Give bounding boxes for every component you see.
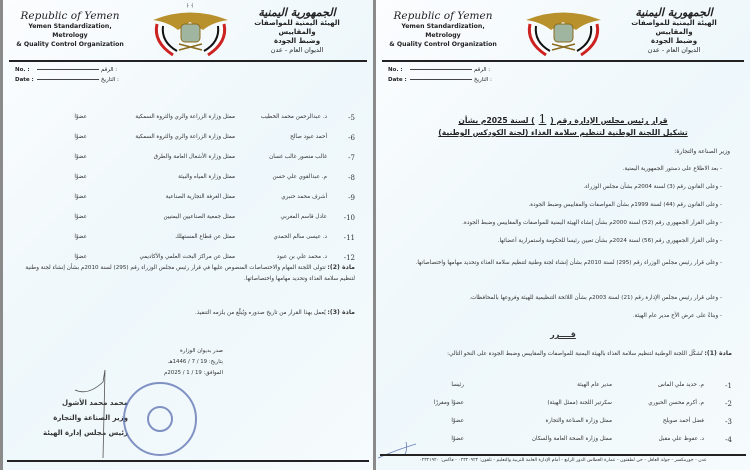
official-stamp [123,382,197,456]
preamble-item: وعلى القرار الجمهوري رقم (52) لسنة 2000م… [462,219,722,227]
decision-number: 1 [535,112,551,126]
svg-text:﴿ ﴾: ﴿ ﴾ [186,3,194,9]
document-page-2: Republic of Yemen Yemen Standardization,… [3,0,373,470]
preamble-item: وعلى القانون رقم (3) لسنة 2004م بشأن مجل… [583,183,722,191]
footer-divider [7,460,369,462]
header-divider [9,60,367,62]
org-name-en-2: & Quality Control Organization [15,40,125,49]
member-row: 7-غالب منصور غالب غسانممثل وزارة الأشغال… [25,154,355,164]
member-row: 6-أحمد عبود صالحممثل وزارة الزراعة والري… [25,134,355,144]
letterhead-arabic: الجمهورية اليمنية الهيئة اليمنية للمواصف… [614,6,734,55]
org-name-en-1: Yemen Standardization, Metrology [388,22,498,40]
member-row: 1-م. حديد ملي الماسمدير عام الهيئةرئيسا [402,382,732,392]
article-1: مادة (1): تُشكّل اللجنة الوطنية لتنظيم س… [397,345,732,363]
article-3-label: مادة (3): [327,309,355,316]
article-2-text: تتولى اللجنة المهام والاختصاصات المنصوص … [25,265,355,282]
reference-number-field: No. :الرقم : [388,67,490,73]
issuer: وزير الصناعة والتجارة: [674,148,730,156]
letterhead-english: Republic of Yemen Yemen Standardization,… [388,10,498,49]
letterhead-arabic: الجمهورية اليمنية الهيئة اليمنية للمواصف… [237,6,357,55]
preamble-item: وعلى القانون رقم (44) لسنة 1999م بشأن ال… [528,201,722,209]
yemen-emblem-icon [516,0,611,60]
member-row: 11-د. عيسى سالم الحمديممثل عن قطاع المست… [25,234,355,244]
gregorian-date: الموافق: 19 / 1 / 2025م [164,368,223,379]
preamble-item: بعد الاطلاع على دستور الجمهورية اليمنية. [623,165,722,173]
decides-heading: قــــرر [376,330,750,339]
date-field: Date :التاريخ : [15,77,119,83]
article-3: مادة (3): يُعمل بهذا القرار من تاريخ صدو… [20,307,355,319]
preamble-item: وعلى قرار رئيس مجلس الوزراء رقم (295) لس… [402,255,722,271]
org-name-ar-1: الهيئة اليمنية للمواصفات والمقاييس [614,19,734,37]
article-2: مادة (2): تتولى اللجنة المهام والاختصاصا… [20,262,355,285]
article-1-text: تُشكّل اللجنة الوطنية لتنظيم سلامة الغذا… [447,351,703,357]
date-field: Date :التاريخ : [388,77,492,83]
member-row: 3-فضل أحمد صويلحممثل وزارة الصناعة والتج… [402,418,732,428]
org-name-en-2: & Quality Control Organization [388,40,498,49]
footer-divider [380,454,746,456]
decision-title-line-2: تشكيل اللجنة الوطنية لتنظيم سلامة الغذاء… [376,128,750,137]
member-row: 4-د. عفوظ علي مقبلممثل وزارة الصحة العام… [402,436,732,446]
member-row: 5-د. عبدالرحمن محمد الخطيبممثل وزارة الز… [25,114,355,124]
footer-address: عدن - خورمكسر - جولة العاقل - حي لطفتون … [382,458,744,463]
republic-label-ar: الجمهورية اليمنية [237,6,357,19]
preamble-item: وبناءً على عرض الأخ مدير عام الهيئة. [633,312,722,320]
office-location-ar: الديوان العام - عدن [237,46,357,55]
org-name-ar-1: الهيئة اليمنية للمواصفات والمقاييس [237,19,357,37]
decision-title-line-1: قرار رئيس مجلس الإدارة رقم (1) لسنة 2025… [376,112,750,126]
republic-label-en: Republic of Yemen [15,10,125,22]
handwritten-mark [376,440,426,460]
preamble-item: وعلى القرار الجمهوري رقم (56) لسنة 2024م… [498,237,722,245]
handwritten-signature [73,360,113,460]
issuance-block: صدر بديوان الوزارة بتاريخ: 19 / 7 / 1446… [164,346,223,379]
letterhead-english: Republic of Yemen Yemen Standardization,… [15,10,125,49]
org-name-ar-2: وضبط الجودة [614,37,734,46]
republic-label-ar: الجمهورية اليمنية [614,6,734,19]
article-3-text: يُعمل بهذا القرار من تاريخ صدوره ويُبلّغ… [195,310,326,316]
member-row: 8-م. عبدالقوي علي حسنممثل وزارة المياه و… [25,174,355,184]
reference-number-field: No. :الرقم : [15,67,117,73]
issued-at: صدر بديوان الوزارة [164,346,223,357]
republic-label-en: Republic of Yemen [388,10,498,22]
member-row: 2-م. أكرم محسن الحبوريسكرتير اللجنة (ممث… [402,400,732,410]
office-location-ar: الديوان العام - عدن [614,46,734,55]
member-row: 10-عادل قاسم المغربيممثل جمعية الصناعيين… [25,214,355,224]
member-row: 9-أشرف محمد حنبريممثل الغرفة التجارية ال… [25,194,355,204]
org-name-ar-2: وضبط الجودة [237,37,357,46]
hijri-date: بتاريخ: 19 / 7 / 1446هـ [164,357,223,368]
article-1-label: مادة (1): [704,350,732,357]
document-page-1: Republic of Yemen Yemen Standardization,… [376,0,750,470]
article-2-label: مادة (2): [327,264,355,271]
preamble-item: وعلى قرار رئيس مجلس الإدارة رقم (21) لسن… [469,294,722,302]
header-divider [382,60,744,62]
org-name-en-1: Yemen Standardization, Metrology [15,22,125,40]
yemen-emblem-icon: ﴿ ﴾ [143,0,238,60]
